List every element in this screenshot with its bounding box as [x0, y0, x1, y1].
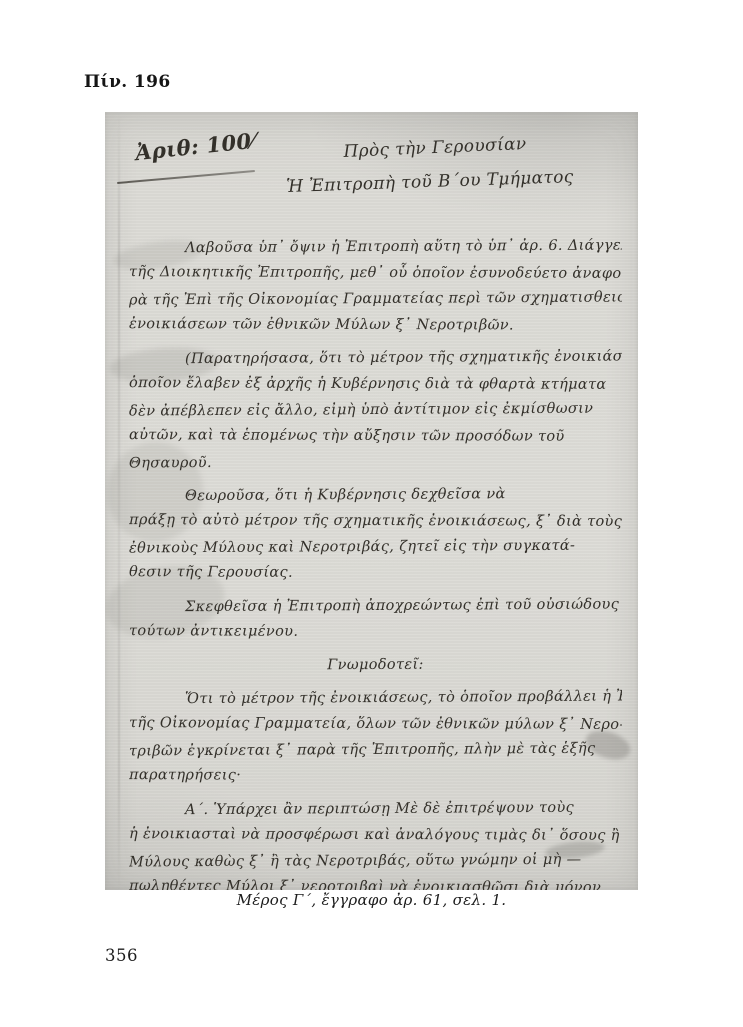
manuscript-paragraph: Α΄. Ὑπάρχει ἂν περιπτώσῃ Μὲ δὲ ἐπιτρέψου… [129, 796, 622, 890]
manuscript-line: τῆς Διοικητικῆς Ἐπιτροπῆς, μεθ᾽ οὗ ὁποῖο… [129, 259, 622, 287]
manuscript-line: τριβῶν ἐγκρίνεται ξ᾽ παρὰ τῆς Ἐπιτροπῆς,… [129, 735, 622, 764]
manuscript-addressee: Πρὸς τὴν Γερουσίαν [310, 133, 561, 164]
manuscript-line: Σκεφθεῖσα ἡ Ἐπιτροπὴ ἀποχρεώντως ἐπὶ τοῦ… [129, 591, 622, 620]
manuscript-line: τούτων ἀντικειμένου. [129, 618, 622, 646]
manuscript-line: παρατηρήσεις· [129, 762, 622, 790]
book-page: Πίν. 196 Ἀριθ: 100⁄ Πρὸς τὴν Γερουσίαν Ἡ… [0, 0, 743, 1027]
manuscript-line: Γνωμοδοτεῖ: [129, 650, 622, 679]
manuscript-line: Α΄. Ὑπάρχει ἂν περιπτώσῃ Μὲ δὲ ἐπιτρέψου… [129, 794, 622, 823]
manuscript-paragraph: (Παρατηρήσασα, ὅτι τὸ μέτρον τῆς σχηματι… [129, 345, 622, 475]
manuscript-paragraph: Ὅτι τὸ μέτρον τῆς ἐνοικιάσεως, τὸ ὁποῖον… [129, 685, 622, 789]
manuscript-line: Θησαυροῦ. [129, 447, 622, 476]
manuscript-paragraph: Λαβοῦσα ὑπ᾽ ὄψιν ἡ Ἐπιτροπὴ αὕτη τὸ ὑπ᾽ … [129, 234, 622, 338]
manuscript-line: τῆς Οἰκονομίας Γραμματεία, ὅλων τῶν ἐθνι… [129, 710, 622, 738]
manuscript-line: δὲν ἀπέβλεπεν εἰς ἄλλο, εἰμὴ ὑπὸ ἀντίτιμ… [129, 395, 622, 424]
manuscript-paragraph: Σκεφθεῖσα ἡ Ἐπιτροπὴ ἀποχρεώντως ἐπὶ τοῦ… [129, 593, 622, 645]
manuscript-line: ρὰ τῆς Ἐπὶ τῆς Οἰκονομίας Γραμματείας πε… [129, 284, 622, 313]
manuscript-line: θεσιν τῆς Γερουσίας. [129, 559, 622, 587]
manuscript-line: ἐθνικοὺς Μύλους καὶ Νεροτριβάς, ζητεῖ εἰ… [129, 532, 622, 561]
manuscript-line: Θεωροῦσα, ὅτι ἡ Κυβέρνησις δεχθεῖσα νὰ [129, 480, 622, 509]
manuscript-line: ἡ ἐνοικιασταὶ νὰ προσφέρωσι καὶ ἀναλόγου… [129, 821, 622, 849]
page-number: 356 [105, 946, 138, 965]
figure-caption: Μέρος Γ΄, ἔγγραφο ἀρ. 61, σελ. 1. [0, 891, 743, 909]
manuscript-line: αὐτῶν, καὶ τὰ ἑπομένως τὴν αὔξησιν τῶν π… [129, 422, 622, 450]
manuscript-scan: Ἀριθ: 100⁄ Πρὸς τὴν Γερουσίαν Ἡ Ἐπιτροπὴ… [105, 112, 638, 890]
manuscript-sender: Ἡ Ἐπιτροπὴ τοῦ Β΄ου Τμήματος [275, 167, 586, 198]
paper-fold-line [118, 112, 120, 890]
manuscript-line: Μύλους καθὼς ξ᾽ ἢ τὰς Νεροτριβάς, οὕτω γ… [129, 846, 622, 875]
plate-label: Πίν. 196 [84, 72, 171, 92]
manuscript-body: Λαβοῦσα ὑπ᾽ ὄψιν ἡ Ἐπιτροπὴ αὕτη τὸ ὑπ᾽ … [129, 234, 622, 890]
manuscript-line: Λαβοῦσα ὑπ᾽ ὄψιν ἡ Ἐπιτροπὴ αὕτη τὸ ὑπ᾽ … [129, 232, 622, 261]
manuscript-paragraph: Θεωροῦσα, ὅτι ἡ Κυβέρνησις δεχθεῖσα νὰπρ… [129, 482, 622, 586]
manuscript-line: (Παρατηρήσασα, ὅτι τὸ μέτρον τῆς σχηματι… [129, 343, 622, 372]
manuscript-line: ὁποῖον ἔλαβεν ἐξ ἀρχῆς ἡ Κυβέρνησις διὰ … [129, 370, 622, 398]
manuscript-paragraph: Γνωμοδοτεῖ: [129, 652, 622, 678]
manuscript-line: πωληθέντες Μύλοι ξ᾽ νεροτριβαὶ νὰ ἐνοικι… [129, 873, 622, 890]
manuscript-line: Ὅτι τὸ μέτρον τῆς ἐνοικιάσεως, τὸ ὁποῖον… [129, 683, 622, 712]
protocol-number-underline [117, 170, 255, 184]
manuscript-protocol-number: Ἀριθ: 100⁄ [134, 128, 256, 165]
manuscript-line: ἐνοικιάσεων τῶν ἐθνικῶν Μύλων ξ᾽ Νεροτρι… [129, 311, 622, 339]
manuscript-line: πράξῃ τὸ αὐτὸ μέτρον τῆς σχηματικῆς ἐνοι… [129, 507, 622, 535]
